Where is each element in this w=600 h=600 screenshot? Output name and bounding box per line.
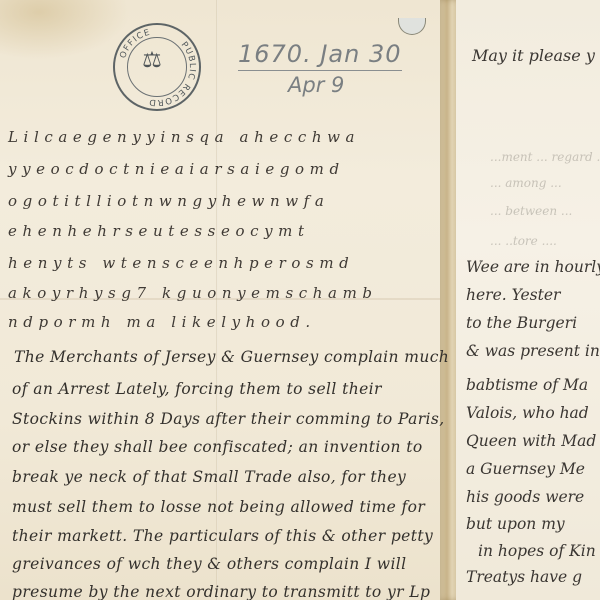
right-page-line: to the Burgeri — [466, 314, 577, 332]
cipher-line: henyts wtensceenhperosmd — [8, 254, 354, 272]
paper-stain — [0, 0, 130, 60]
cipher-line: Lilcaegenyyinsqa ahecchwa — [8, 128, 360, 146]
right-page-line: Wee are in hourly — [466, 258, 600, 276]
right-page-line: Queen with Mad — [466, 432, 596, 450]
annotation-date-line: 1670. Jan 30 — [238, 40, 402, 71]
cipher-line: ogotitlliotnwngyhewnwfa — [8, 192, 329, 210]
prose-line: greivances of wch they & others complain… — [12, 555, 407, 573]
prose-line: The Merchants of Jersey & Guernsey compl… — [14, 348, 449, 366]
crest-icon: ⚖ — [137, 47, 167, 75]
right-page-line: here. Yester — [466, 286, 560, 304]
prose-line: must sell them to losse not being allowe… — [12, 498, 425, 516]
cipher-line: akoyrhysg7 kguonyemschamb — [8, 284, 378, 302]
prose-line: presume by the next ordinary to transmit… — [12, 583, 430, 600]
right-page-line: babtisme of Ma — [466, 376, 588, 394]
date-annotation: 1670. Jan 30 Apr 9 — [238, 40, 402, 97]
public-record-office-stamp: OFFICE PUBLIC RECORD ⚖ — [113, 23, 201, 111]
bleed-through-line: ... between ... — [490, 204, 572, 218]
right-page-line: a Guernsey Me — [466, 460, 585, 478]
bleed-through-line: ...ment ... regard ... — [490, 150, 600, 164]
right-page-line: in hopes of Kin — [478, 542, 596, 560]
salutation: May it please y — [472, 46, 595, 65]
prose-line: or else they shall bee confiscated; an i… — [12, 438, 423, 456]
right-page-line: his goods were — [466, 488, 584, 506]
right-page-line: but upon my — [466, 515, 565, 533]
cipher-line: ndpormh ma likelyhood. — [8, 313, 316, 331]
bleed-through-line: ... ..tore .... — [490, 234, 557, 248]
cipher-line: yyeocdoctnieaiarsaiegomd — [8, 160, 345, 178]
right-page-line: Valois, who had — [466, 404, 589, 422]
right-page-line: Treatys have g — [466, 568, 582, 586]
right-page-line: & was present in — [466, 342, 600, 360]
prose-line: break ye neck of that Small Trade also, … — [12, 468, 406, 486]
prose-line: Stockins within 8 Days after their commi… — [12, 410, 445, 428]
prose-line: of an Arrest Lately, forcing them to sel… — [12, 380, 382, 398]
cipher-line: ehenhehrseutesseocymt — [8, 222, 310, 240]
bleed-through-line: ... among ... — [490, 176, 562, 190]
prose-line: their markett. The particulars of this &… — [12, 527, 433, 545]
annotation-second-line: Apr 9 — [288, 73, 402, 97]
